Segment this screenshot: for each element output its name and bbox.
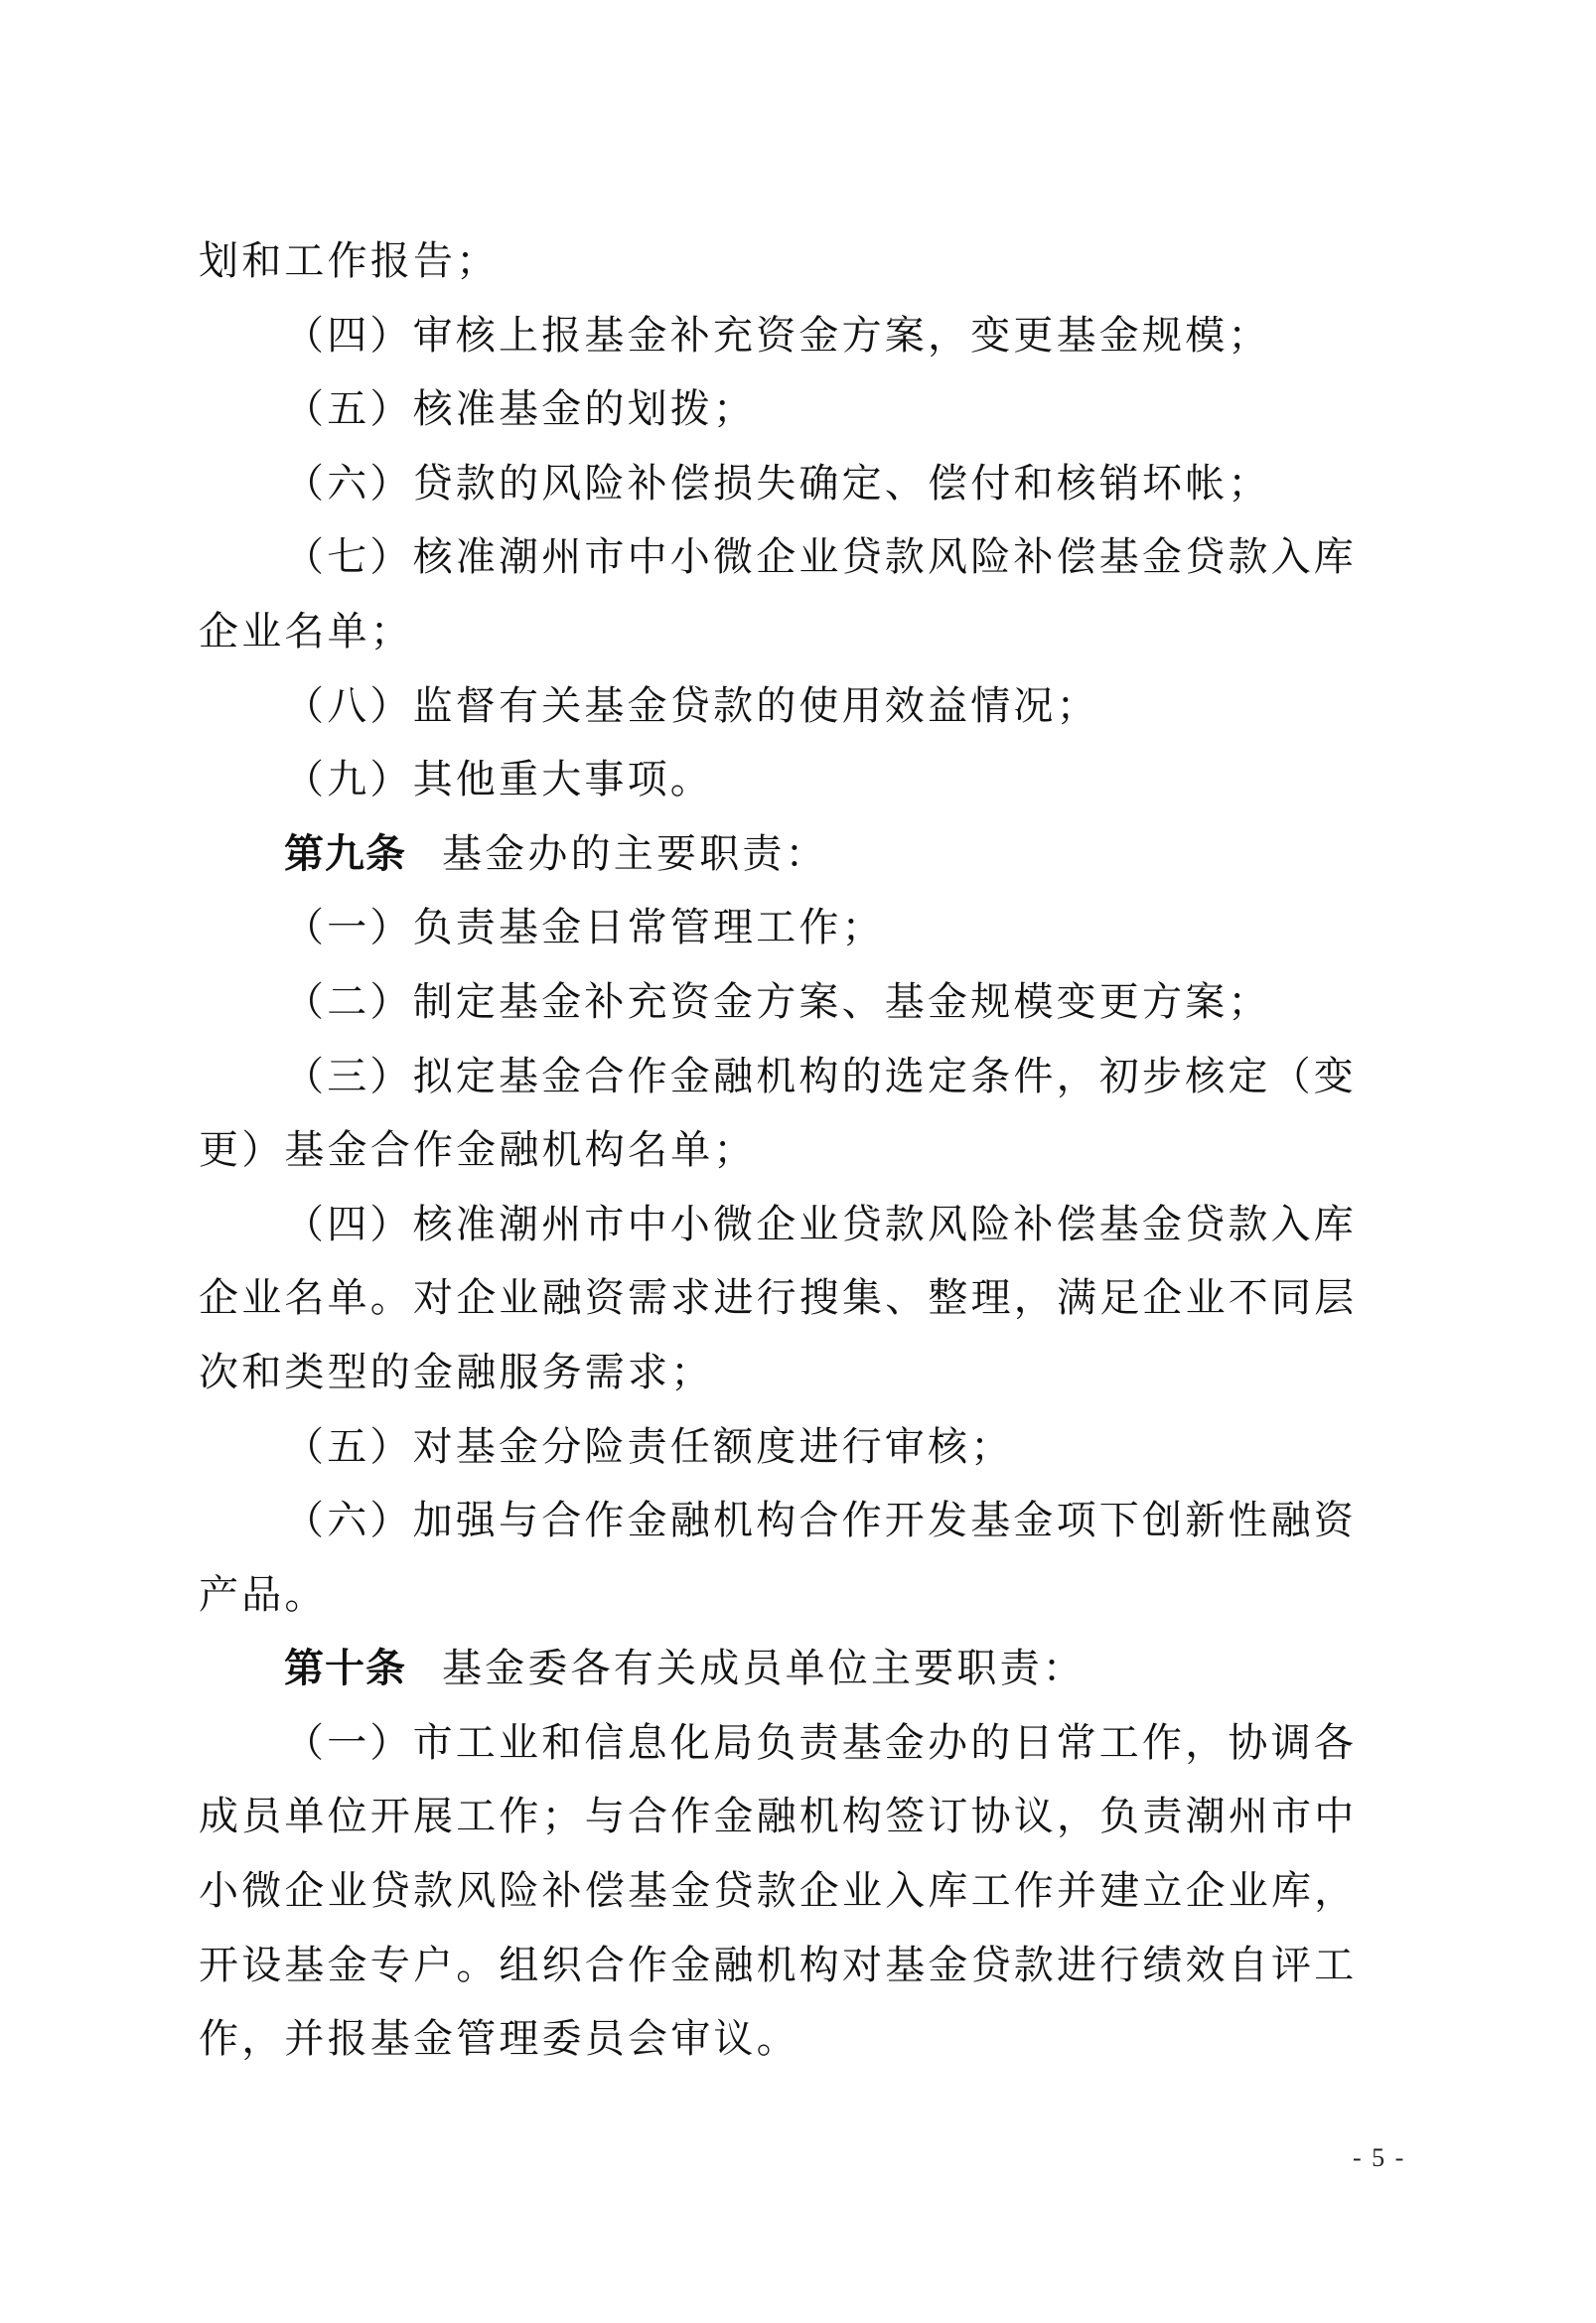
line-text: 产品。 [199,1572,328,1618]
list-item-1-daily-management: （一）负责基金日常管理工作； [199,891,1402,965]
line-text: 划和工作报告； [199,238,499,284]
line-text: （六）贷款的风险补偿损失确定、偿付和核销坏帐； [284,461,1271,507]
line-text: （三）拟定基金合作金融机构的选定条件，初步核定（变 [284,1054,1357,1099]
list-item-5-review-risk-quota: （五）对基金分险责任额度进行审核； [199,1410,1402,1485]
paragraph-line: 划和工作报告； [199,224,1402,299]
article-number: 第十条 [284,1645,406,1691]
line-text: （四）核准潮州市中小微企业贷款风险补偿基金贷款入库 [284,1202,1357,1247]
article-number: 第九条 [284,830,406,877]
article-title: 基金委各有关成员单位主要职责： [442,1646,1086,1691]
paragraph-line: 更）基金合作金融机构名单； [199,1113,1402,1188]
line-text: （五）对基金分险责任额度进行审核； [284,1424,1013,1470]
paragraph-line: 企业名单。对企业融资需求进行搜集、整理，满足企业不同层 [199,1261,1402,1336]
list-item-3-selection-criteria: （三）拟定基金合作金融机构的选定条件，初步核定（变 [199,1040,1402,1114]
line-text: 企业名单。对企业融资需求进行搜集、整理，满足企业不同层 [199,1275,1357,1321]
line-text: 次和类型的金融服务需求； [199,1350,713,1395]
list-item-5-approve-allocation: （五）核准基金的划拨； [199,372,1402,447]
document-page: 划和工作报告； （四）审核上报基金补充资金方案，变更基金规模； （五）核准基金的… [0,0,1596,2323]
paragraph-line: 次和类型的金融服务需求； [199,1336,1402,1410]
line-text: 企业名单； [199,609,413,654]
list-item-8-supervise: （八）监督有关基金贷款的使用效益情况； [199,669,1402,744]
paragraph-line: 成员单位开展工作；与合作金融机构签订协议，负责潮州市中 [199,1780,1402,1854]
article-9-heading: 第九条基金办的主要职责： [199,817,1402,892]
line-text: （四）审核上报基金补充资金方案，变更基金规模； [284,313,1271,359]
line-text: （九）其他重大事项。 [284,757,713,802]
line-text: 作，并报基金管理委员会审议。 [199,2016,799,2062]
line-text: （五）核准基金的划拨； [284,386,756,432]
paragraph-line: 产品。 [199,1558,1402,1633]
list-item-6-innovative-products: （六）加强与合作金融机构合作开发基金项下创新性融资 [199,1484,1402,1558]
list-item-9-other-matters: （九）其他重大事项。 [199,743,1402,817]
line-text: （二）制定基金补充资金方案、基金规模变更方案； [284,979,1271,1025]
line-text: 开设基金专户。组织合作金融机构对基金贷款进行绩效自评工 [199,1943,1357,1988]
line-text: （一）负责基金日常管理工作； [284,905,885,950]
line-text: （八）监督有关基金贷款的使用效益情况； [284,683,1099,729]
list-item-6-risk-compensation: （六）贷款的风险补偿损失确定、偿付和核销坏帐； [199,447,1402,521]
list-item-7-approve-enterprise-list: （七）核准潮州市中小微企业贷款风险补偿基金贷款入库 [199,520,1402,595]
page-number: - 5 - [1353,2143,1405,2173]
paragraph-line: 开设基金专户。组织合作金融机构对基金贷款进行绩效自评工 [199,1929,1402,2003]
line-text: 成员单位开展工作；与合作金融机构签订协议，负责潮州市中 [199,1794,1357,1839]
line-text: （六）加强与合作金融机构合作开发基金项下创新性融资 [284,1498,1357,1543]
line-text: 小微企业贷款风险补偿基金贷款企业入库工作并建立企业库， [199,1868,1357,1914]
line-text: 更）基金合作金融机构名单； [199,1127,757,1173]
document-body: 划和工作报告； （四）审核上报基金补充资金方案，变更基金规模； （五）核准基金的… [199,224,1402,2077]
line-text: （一）市工业和信息化局负责基金办的日常工作，协调各 [284,1720,1357,1766]
paragraph-line: 企业名单； [199,595,1402,669]
paragraph-line: 作，并报基金管理委员会审议。 [199,2002,1402,2077]
line-text: （七）核准潮州市中小微企业贷款风险补偿基金贷款入库 [284,534,1357,580]
list-item-2-draft-plan: （二）制定基金补充资金方案、基金规模变更方案； [199,965,1402,1040]
list-item-4-review-supplement: （四）审核上报基金补充资金方案，变更基金规模； [199,299,1402,373]
article-title: 基金办的主要职责： [442,831,828,877]
paragraph-line: 小微企业贷款风险补偿基金贷款企业入库工作并建立企业库， [199,1854,1402,1929]
list-item-1-industry-bureau: （一）市工业和信息化局负责基金办的日常工作，协调各 [199,1706,1402,1781]
list-item-4-approve-enterprise-list: （四）核准潮州市中小微企业贷款风险补偿基金贷款入库 [199,1188,1402,1262]
article-10-heading: 第十条基金委各有关成员单位主要职责： [199,1632,1402,1706]
